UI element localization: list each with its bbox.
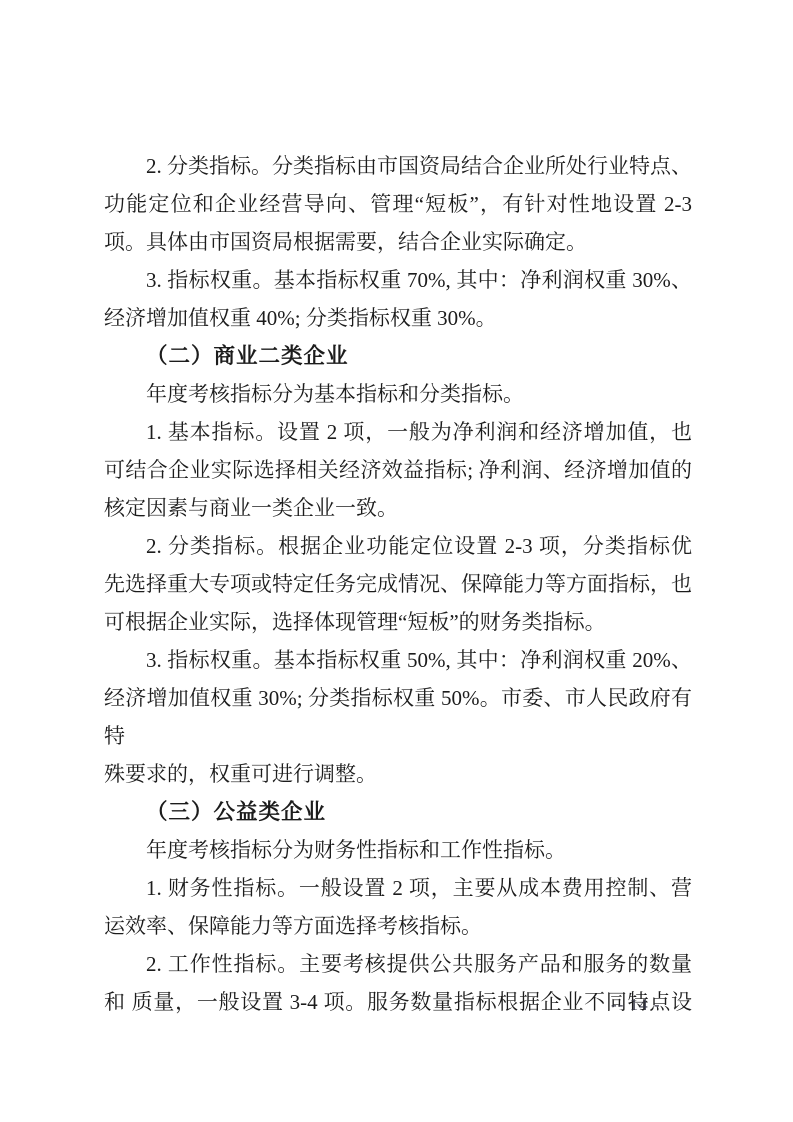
text-line: 2. 工作性指标。主要考核提供公共服务产品和服务的数量: [104, 945, 692, 983]
text-line: 可根据企业实际，选择体现管理“短板”的财务类指标。: [104, 603, 692, 641]
text-line: 先选择重大专项或特定任务完成情况、保障能力等方面指标，也: [104, 565, 692, 603]
text-line: 核定因素与商业一类企业一致。: [104, 489, 692, 527]
text-line: 1. 基本指标。设置 2 项，一般为净利润和经济增加值，也: [104, 413, 692, 451]
text-line: 年度考核指标分为基本指标和分类指标。: [104, 375, 692, 413]
text-line: 殊要求的，权重可进行调整。: [104, 755, 692, 793]
heading-public-welfare: （三）公益类企业: [104, 793, 692, 831]
text-line: 1. 财务性指标。一般设置 2 项，主要从成本费用控制、营: [104, 869, 692, 907]
text-line: 2. 分类指标。根据企业功能定位设置 2-3 项，分类指标优: [104, 527, 692, 565]
text-line: 经济增加值权重 30%; 分类指标权重 50%。市委、市人民政府有特: [104, 679, 692, 755]
document-page: 2. 分类指标。分类指标由市国资局结合企业所处行业特点、功能定位和企业经营导向、…: [0, 0, 793, 1122]
document-body: 2. 分类指标。分类指标由市国资局结合企业所处行业特点、功能定位和企业经营导向、…: [104, 147, 692, 1021]
text-line: 可结合企业实际选择相关经济效益指标; 净利润、经济增加值的: [104, 451, 692, 489]
text-line: 经济增加值权重 40%; 分类指标权重 30%。: [104, 299, 692, 337]
text-line: 项。具体由市国资局根据需要，结合企业实际确定。: [104, 223, 692, 261]
heading-commercial-category2: （二）商业二类企业: [104, 337, 692, 375]
text-line: 功能定位和企业经营导向、管理“短板”，有针对性地设置 2-3: [104, 185, 692, 223]
text-line: 2. 分类指标。分类指标由市国资局结合企业所处行业特点、: [104, 147, 692, 185]
page-number: -- 14 -: [611, 993, 660, 1017]
text-line: 和 质量，一般设置 3-4 项。服务数量指标根据企业不同特点设: [104, 983, 692, 1021]
text-line: 3. 指标权重。基本指标权重 70%, 其中：净利润权重 30%、: [104, 261, 692, 299]
text-line: 3. 指标权重。基本指标权重 50%, 其中：净利润权重 20%、: [104, 641, 692, 679]
text-line: 运效率、保障能力等方面选择考核指标。: [104, 907, 692, 945]
text-line: 年度考核指标分为财务性指标和工作性指标。: [104, 831, 692, 869]
